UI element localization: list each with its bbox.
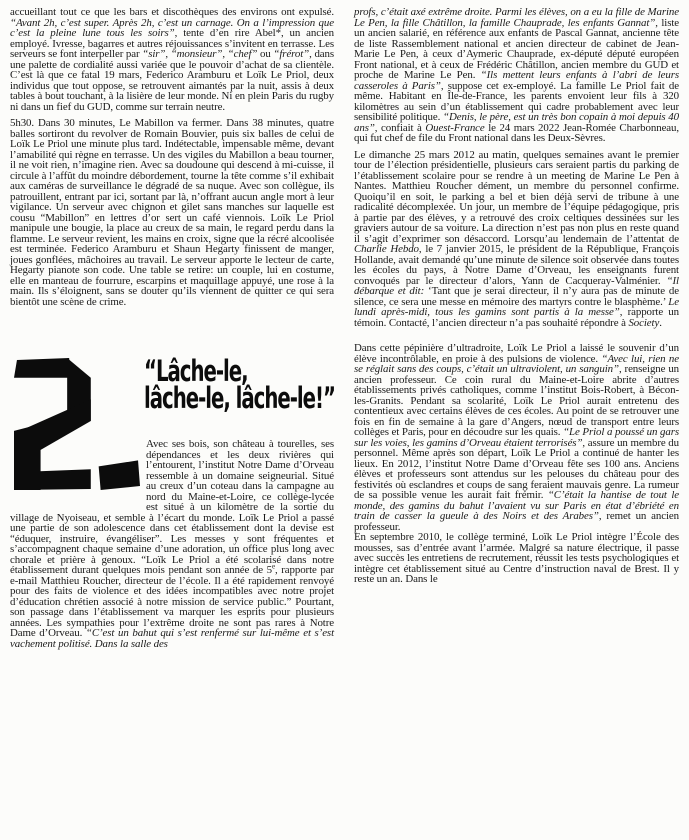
paragraph: En septembre 2010, le collège terminé, L… [354, 532, 679, 585]
paragraph: profs, c’était axé extrême droite. Parmi… [354, 7, 679, 144]
paragraph: 5h30. Dans 30 minutes, Le Mabillon va fe… [10, 118, 334, 307]
numeral-period [99, 460, 140, 490]
section-number-numeral [14, 357, 140, 491]
magazine-article-page: accueillant tout ce que les bars et disc… [0, 0, 689, 840]
column-left: accueillant tout ce que les bars et disc… [10, 7, 334, 649]
pull-quote: “Lâche-le, lâche-le, lâche-le!” [144, 358, 348, 412]
paragraph: Le dimanche 25 mars 2012 au matin, quelq… [354, 150, 679, 329]
column-right: profs, c’était axé extrême droite. Parmi… [354, 7, 679, 585]
section-2-header: “Lâche-le, lâche-le, lâche-le!” Avec ses… [10, 357, 334, 649]
paragraph: Dans cette pépinière d’ultradroite, Loïk… [354, 343, 679, 532]
pull-quote-line: lâche-le, lâche-le!” [144, 385, 348, 412]
paragraph: accueillant tout ce que les bars et disc… [10, 7, 334, 112]
numeral-bottom-slab [14, 469, 91, 490]
numeral-top-slab [14, 358, 71, 378]
